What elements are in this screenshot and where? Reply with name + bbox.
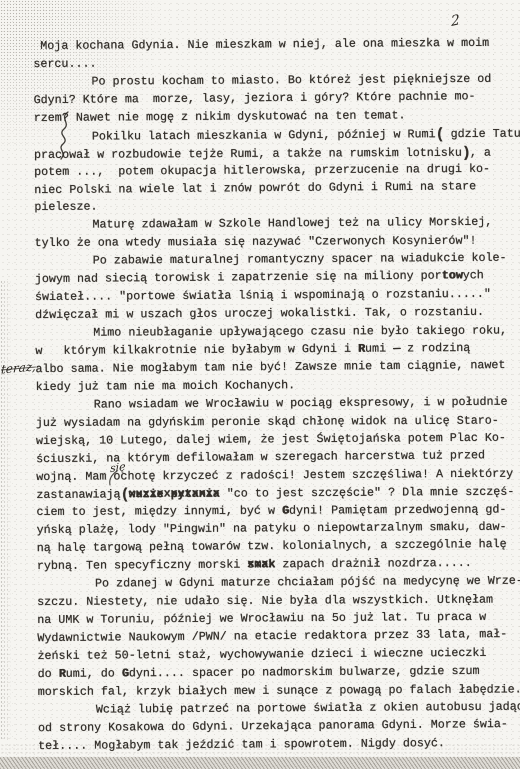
typewritten-text: jowym nad siecią torowisk i zapatrzenie … bbox=[35, 269, 442, 287]
text-line: dźwięczał mi w uszach głos uroczej wokal… bbox=[35, 304, 517, 325]
typewritten-text: Wydawnictwie Naukowym /PWN/ na etacie re… bbox=[37, 627, 507, 645]
scanned-letter-screenshot: { "page": { "background_color": "#f6f5f1… bbox=[0, 0, 520, 769]
typewritten-text: sercu.... bbox=[33, 57, 96, 71]
typewritten-text: G bbox=[282, 504, 289, 518]
text-line: pracował w rozbudowie tejże Rumi, a takż… bbox=[34, 143, 516, 163]
text-line: już wysiadam na gdyńskim peronie skąd ch… bbox=[36, 412, 518, 432]
typewritten-text: żeński też 50-letni staż, wychowywanie d… bbox=[37, 646, 486, 663]
typewritten-text: wojną. Mam ochotę krzyczeć z radości! Je… bbox=[36, 466, 513, 483]
text-line: od strony Kosakowa do Gdyni. Urzekająca … bbox=[38, 715, 520, 737]
typewritten-text: Maturę zdawałam w Szkole Handlowej też n… bbox=[92, 215, 492, 232]
text-line: niec Polski na wiele lat i znów powrót d… bbox=[34, 177, 516, 199]
text-line: Moja kochana Gdynia. Nie mieszkam w niej… bbox=[33, 35, 515, 56]
text-line: tylko że ona wtedy musiała się nazywać "… bbox=[35, 233, 517, 253]
typewritten-text: szczu. Niestety, nie udało się. Nie była… bbox=[37, 593, 493, 609]
text-line: Pokilku latach mieszkania w Gdyni, późni… bbox=[34, 124, 516, 145]
typewritten-text: niec Polski na wiele lat i znów powrót d… bbox=[34, 179, 476, 197]
crossed-out-text: smakxxxx bbox=[247, 556, 275, 574]
typewritten-text: od strony Kosakowa do Gdyni. Urzekająca … bbox=[38, 717, 508, 735]
crossed-out-text: wuzie pytaniaxxxxxxxxxxxxx bbox=[129, 486, 220, 505]
typewritten-text: rybną. Ten specyficzny morski bbox=[37, 558, 248, 573]
text-line: ściuszki, na którym defilowałam w szereg… bbox=[36, 446, 518, 468]
typewritten-text: Pokilku latach mieszkania w Gdyni, późni… bbox=[92, 127, 436, 143]
text-line: ciem to jest, między innymi, być w Gdyni… bbox=[36, 502, 518, 522]
typewritten-text: zapach drażnił nozdrza..... bbox=[275, 556, 471, 571]
typewritten-text: potem ..., potem okupacja hitlerowska, p… bbox=[34, 161, 490, 178]
typewritten-text: w którym kilkakrotnie nie byłabym w Gdyn… bbox=[35, 342, 358, 358]
typewritten-text: Po zabawie maturalnej romantyczny spacer… bbox=[93, 251, 507, 268]
typewritten-text: tylko że ona wtedy musiała się nazywać "… bbox=[35, 234, 477, 250]
text-line: Mimo nieubłaganie upływającego czasu nie… bbox=[35, 322, 517, 342]
typewritten-text: świateł.... "portowe światła lśnią i wsp… bbox=[35, 287, 491, 304]
text-line: do Rumi, do Gdyni.... spacer po nadmorsk… bbox=[38, 662, 520, 683]
typewritten-text: dźwięczał mi w uszach głos uroczej wokal… bbox=[35, 305, 484, 322]
typewritten-text: Rano wsiadam we Wrocławiu w pociąg ekspr… bbox=[94, 394, 508, 411]
typewritten-text: Po prostu kocham to miasto. Bo któreż je… bbox=[91, 72, 491, 89]
typewritten-text: zastanawiają bbox=[36, 488, 120, 503]
typewritten-text: , a bbox=[470, 145, 491, 159]
page-number: 2 bbox=[451, 12, 461, 30]
typewritten-text: pracował w rozbudowie tejże Rumi, a takż… bbox=[34, 145, 462, 161]
typewritten-text: yńską plażę, lody "Pingwin" na patyku o … bbox=[37, 520, 507, 537]
typewritten-text: albo sama. Nie mogłabym tam nie być! Zaw… bbox=[35, 358, 505, 376]
typewritten-text: wiejską, 10 Lutego, dalej wiem, że jest … bbox=[36, 430, 506, 447]
typewritten-text: umi, do bbox=[66, 666, 122, 680]
text-line: sercu.... bbox=[33, 53, 515, 73]
typewritten-text: już wysiadam na gdyńskim peronie skąd ch… bbox=[36, 413, 499, 429]
text-line: Rano wsiadam we Wrocławiu w pociąg ekspr… bbox=[36, 393, 518, 414]
typewritten-text: kiedy już tam nie ma moich Kochanych. bbox=[36, 378, 296, 394]
typewritten-text: gdzie Tatuś bbox=[444, 126, 520, 141]
typewritten-text: Mimo nieubłaganie upływającego czasu nie… bbox=[93, 323, 507, 339]
typewritten-text: "co to jest szczęście" ? Dla mnie szczęś… bbox=[220, 485, 515, 501]
typewritten-text: ) bbox=[462, 144, 470, 161]
typewritten-text: teł.... Mogłabym tak jeździć tam i spowr… bbox=[38, 736, 445, 753]
typewritten-text: rzem? Nawet nie mogę z nikim dyskutować … bbox=[34, 108, 406, 125]
text-block: Moja kochana Gdynia. Nie mieszkam w niej… bbox=[0, 35, 520, 756]
typewritten-text: ( bbox=[435, 126, 443, 143]
typewritten-text: Gdyni? Które ma morze, lasy, jeziora i g… bbox=[34, 89, 476, 107]
typewritten-text: do bbox=[38, 667, 59, 681]
text-line: szczu. Niestety, nie udało się. Nie była… bbox=[37, 591, 519, 611]
typewritten-text: dyni! Pamiętam przedwojenną gd- bbox=[289, 503, 507, 518]
typewritten-text: Po zdanej w Gdyni maturze chciałam pójść… bbox=[95, 574, 520, 591]
typewritten-text: ciem to jest, między innymi, być w bbox=[36, 504, 282, 519]
typewritten-text: z rodziną bbox=[400, 341, 470, 355]
typewritten-text: ściuszki, na którym defilowałam w szereg… bbox=[36, 448, 485, 466]
typewritten-text: Wciąż lubię patrzeć na portowe światła z… bbox=[96, 699, 520, 716]
typewritten-text: ną halę targową pełną towarów tzw. kolon… bbox=[37, 537, 507, 555]
document-page: Moja kochana Gdynia. Nie mieszkam w niej… bbox=[0, 0, 520, 769]
typewritten-text: umi bbox=[365, 341, 393, 355]
typewritten-text: morskich fal, krzyk białych mew i sunące… bbox=[38, 682, 520, 699]
overstrike-x-marks: xxxx bbox=[247, 556, 275, 574]
typewritten-text: pielesze. bbox=[34, 200, 97, 214]
typewritten-text: tow bbox=[442, 269, 463, 283]
typewritten-text: dyni.... spacer po nadmorskim bulwarze, … bbox=[129, 664, 480, 680]
overstrike-x-marks: xxxxxxxxxxxxx bbox=[129, 486, 220, 505]
typewritten-text: Moja kochana Gdynia. Nie mieszkam w niej… bbox=[33, 36, 489, 53]
typewritten-text: ych bbox=[463, 268, 484, 282]
text-line: morskich fal, krzyk białych mew i sunące… bbox=[38, 681, 520, 701]
typewritten-text: na UMK w Toruniu, później we Wrocławiu n… bbox=[37, 610, 486, 627]
scan-edge-bottom-band bbox=[0, 757, 520, 769]
